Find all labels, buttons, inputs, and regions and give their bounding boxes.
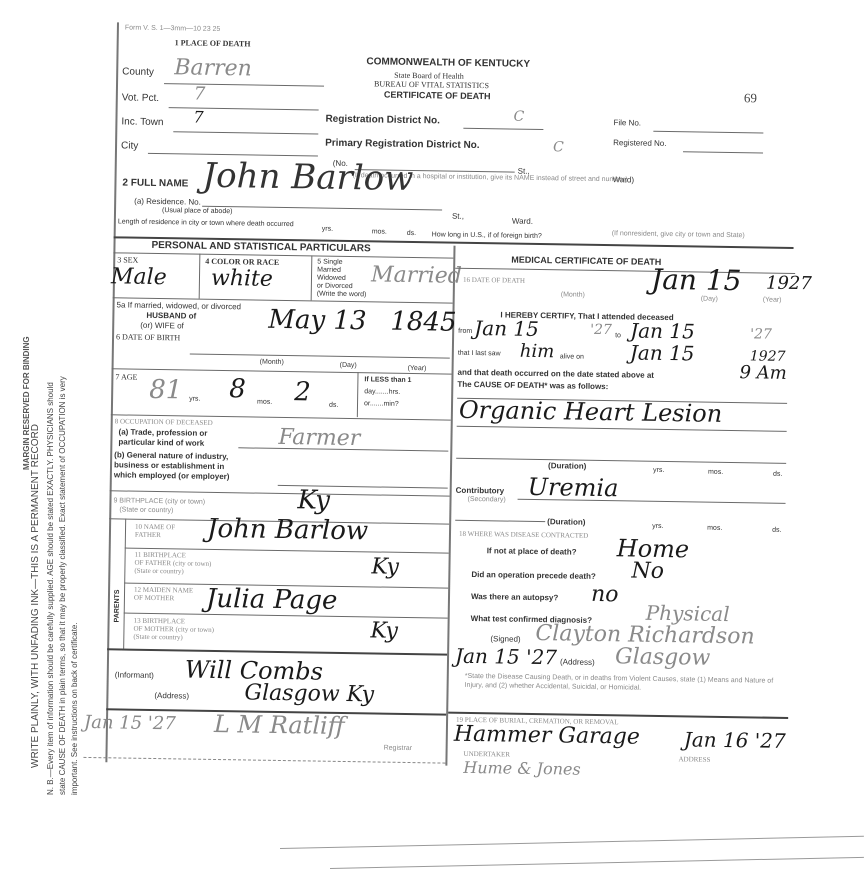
contributory-label: Contributory xyxy=(456,486,505,496)
duration-1-ds: ds. xyxy=(773,471,782,478)
if-not-label: If not at place of death? xyxy=(487,546,577,556)
personal-section-title: PERSONAL AND STATISTICAL PARTICULARS xyxy=(151,240,370,254)
registration-district-value: C xyxy=(513,109,524,125)
occupation-a-label: (a) Trade, profession or particular kind… xyxy=(118,427,207,448)
color-race-value: white xyxy=(211,266,273,292)
place-of-death-title: 1 PLACE OF DEATH xyxy=(175,38,251,48)
nonresident-note: (If nonresident, give city or town and S… xyxy=(612,230,745,239)
burial-date-value: Jan 16 '27 xyxy=(684,727,786,753)
form-number: Form V. S. 1—3mm—10 23 25 xyxy=(125,24,221,32)
filed-date-value: Jan 15 '27 xyxy=(84,712,176,734)
alive-on-label: alive on xyxy=(560,353,584,360)
file-no-label: File No. xyxy=(613,118,641,127)
age-label: 7 AGE xyxy=(115,372,137,381)
where-contracted-label: 18 WHERE WAS DISEASE CONTRACTED xyxy=(459,530,588,540)
registrar-label: Registrar xyxy=(384,745,413,752)
undertaker-value: Hume & Jones xyxy=(463,758,581,779)
dob-label: 6 DATE OF BIRTH xyxy=(116,332,180,342)
stamp-number: 69 xyxy=(744,90,757,106)
duration-2-label: (Duration) xyxy=(547,517,585,527)
operation-label: Did an operation precede death? xyxy=(471,570,596,581)
dob-year-value: 1845 xyxy=(390,307,457,338)
spouse-label-1: 5a If married, widowed, or divorced xyxy=(116,300,241,311)
registrar-signature: L M Ratliff xyxy=(214,710,345,740)
birthplace-label: 9 BIRTHPLACE (city or town) xyxy=(113,497,205,505)
full-name-value: John Barlow xyxy=(202,156,413,199)
cause-label: The CAUSE OF DEATH* was as follows: xyxy=(457,380,608,391)
county-label: County xyxy=(122,66,154,77)
informant-address-value: Glasgow Ky xyxy=(244,680,374,707)
left-border xyxy=(105,22,119,762)
from-label: from xyxy=(458,328,472,335)
primary-registration-value: C xyxy=(553,139,564,155)
duration-1-label: (Duration) xyxy=(548,461,586,471)
day-hrs-label: day.......hrs. xyxy=(364,388,400,396)
informant-address-label: (Address) xyxy=(154,691,189,701)
to-label: to xyxy=(615,332,621,339)
birthplace-value: Ky xyxy=(297,485,330,516)
vot-pct-value: 7 xyxy=(194,84,206,105)
day-sub: (Day) xyxy=(340,362,357,369)
father-name-value: John Barlow xyxy=(207,514,369,547)
contributory-sub: (Secondary) xyxy=(467,496,505,504)
ds-label: ds. xyxy=(407,230,416,237)
parents-label: PARENTS xyxy=(114,589,122,622)
date-of-death-year: 1927 xyxy=(766,273,812,295)
occurred-label: and that death occurred on the date stat… xyxy=(457,368,654,380)
spouse-label-2: HUSBAND of xyxy=(146,311,196,321)
certificate-title: CERTIFICATE OF DEATH xyxy=(384,90,491,102)
occurred-value: 9 Am xyxy=(739,362,787,384)
duration-1-mos: mos. xyxy=(708,469,723,476)
duration-2-mos: mos. xyxy=(707,525,722,532)
vot-pct-label: Vot. Pct. xyxy=(122,92,159,104)
mother-birthplace-label: 13 BIRTHPLACE OF MOTHER (city or town) (… xyxy=(133,617,214,642)
medical-section-title: MEDICAL CERTIFICATE OF DEATH xyxy=(511,255,661,267)
margin-note-line1: N. B.—Every item of information should b… xyxy=(46,382,55,795)
last-saw-value: him xyxy=(520,341,555,363)
signed-label: (Signed) xyxy=(490,634,520,643)
physician-address-label: (Address) xyxy=(560,657,595,667)
burial-value: Hammer Garage xyxy=(454,722,640,750)
bureau-title: BUREAU OF VITAL STATISTICS xyxy=(374,79,489,90)
state-title: COMMONWEALTH OF KENTUCKY xyxy=(366,56,530,70)
residence-sub: (Usual place of abode) xyxy=(162,207,233,215)
registered-no-label: Registered No. xyxy=(613,138,666,148)
marital-status-value: Married xyxy=(371,262,462,288)
father-name-label: 10 NAME OF FATHER xyxy=(135,523,175,540)
last-saw-label: that I last saw xyxy=(458,350,501,358)
birthplace-sub: (State or country) xyxy=(119,506,173,514)
duration-2-yrs: yrs. xyxy=(652,523,663,530)
sex-label: 3 SEX xyxy=(117,255,138,264)
full-name-label: 2 FULL NAME xyxy=(122,177,188,189)
informant-label: (Informant) xyxy=(115,670,154,680)
duration-1-yrs: yrs. xyxy=(653,467,664,474)
mos-label: mos. xyxy=(372,228,387,235)
duration-2-ds: ds. xyxy=(772,527,781,534)
inc-town-value: 7 xyxy=(193,108,203,127)
margin-note-line2: state CAUSE OF DEATH in plain terms, so … xyxy=(58,376,67,795)
from-year: '27 xyxy=(590,322,612,338)
father-birthplace-label: 11 BIRTHPLACE OF FATHER (city or town) (… xyxy=(134,551,211,576)
sheet-edge-1 xyxy=(280,836,864,849)
undertaker-address-label: ADDRESS xyxy=(678,755,710,764)
or-min-label: or.......min? xyxy=(364,400,399,408)
sex-value: Male xyxy=(111,264,167,290)
dob-month-day-value: May 13 xyxy=(268,305,367,337)
cause-value: Organic Heart Lesion xyxy=(459,396,723,428)
month-sub: (Month) xyxy=(260,359,284,366)
to-year: '27 xyxy=(750,326,772,342)
age-ds-label: ds. xyxy=(329,402,338,409)
occupation-b-label: (b) General nature of industry, business… xyxy=(114,450,230,482)
residence-ward-label: Ward. xyxy=(512,217,533,226)
occupation-title: 8 OCCUPATION OF DECEASED xyxy=(115,417,213,427)
contributory-value: Uremia xyxy=(528,473,619,502)
year-sub: (Year) xyxy=(408,365,427,372)
death-day-sub: (Day) xyxy=(701,296,718,303)
age-months-value: 8 xyxy=(229,374,246,404)
age-days-value: 2 xyxy=(294,377,311,407)
age-yrs-label: yrs. xyxy=(189,396,200,403)
how-long-label: How long in U.S., if of foreign birth? xyxy=(432,231,542,240)
inc-town-label: Inc. Town xyxy=(121,116,163,128)
father-birthplace-value: Ky xyxy=(371,554,399,579)
from-value: Jan 15 xyxy=(474,316,539,341)
yrs-label: yrs. xyxy=(322,226,333,233)
primary-registration-label: Primary Registration District No. xyxy=(325,138,480,151)
date-of-death-label: 16 DATE OF DEATH xyxy=(463,276,525,285)
city-label: City xyxy=(121,140,138,151)
age-mos-label: mos. xyxy=(257,399,272,406)
death-month-sub: (Month) xyxy=(561,291,585,298)
footnote: *State the Disease Causing Death, or in … xyxy=(465,672,785,695)
mother-name-label: 12 MAIDEN NAME OF MOTHER xyxy=(134,586,193,603)
margin-write-plainly: WRITE PLAINLY, WITH UNFADING INK—THIS IS… xyxy=(30,424,41,768)
autopsy-label: Was there an autopsy? xyxy=(471,592,558,602)
length-of-residence-label: Length of residence in city or town wher… xyxy=(118,218,294,228)
residence-st-label: St., xyxy=(452,212,464,221)
physician-address-value: Glasgow xyxy=(615,644,711,670)
age-years-value: 81 xyxy=(149,375,183,406)
residence-label: (a) Residence. No. xyxy=(134,197,201,207)
sheet-edge-2 xyxy=(330,857,864,869)
autopsy-value: no xyxy=(591,582,619,607)
spouse-label-3: (or) WIFE of xyxy=(140,321,184,331)
operation-value: No xyxy=(631,558,664,584)
less-than-label: If LESS than 1 xyxy=(364,376,411,384)
death-certificate: Form V. S. 1—3mm—10 23 25 1 PLACE OF DEA… xyxy=(83,22,805,793)
county-value: Barren xyxy=(174,55,252,81)
registration-district-label: Registration District No. xyxy=(325,114,440,127)
mother-birthplace-value: Ky xyxy=(370,618,398,643)
alive-on-value: Jan 15 xyxy=(630,340,695,365)
mother-name-value: Julia Page xyxy=(206,584,338,616)
sign-date-value: Jan 15 '27 xyxy=(455,644,557,670)
date-of-death-value: Jan 15 xyxy=(651,263,742,297)
margin-note-line3: important. See instructions on back of c… xyxy=(70,622,79,795)
death-year-sub: (Year) xyxy=(763,297,782,304)
marital-status-label: 5 Single Married Widowed or Divorced (Wr… xyxy=(317,259,367,300)
